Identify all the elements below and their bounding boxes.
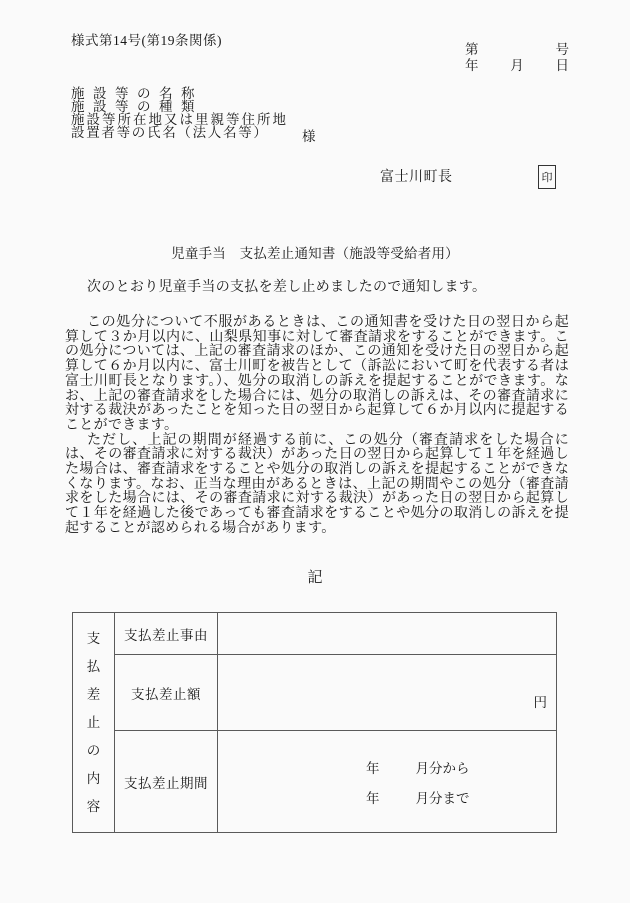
recipient-block: 施設等の名称 施設等の種類 施設等所在地又は里親等住所地 設置者等の氏名（法人名… <box>71 87 288 139</box>
doc-number-suffix: 号 <box>556 42 570 58</box>
doc-number-date-block: 第 号 年 月 日 <box>465 42 569 74</box>
table-vertical-header: 支払差止の内容 <box>73 613 114 832</box>
yen-unit-label: 円 <box>534 691 548 711</box>
ki-marker: 記 <box>0 566 630 587</box>
recipient-owner-name-label: 設置者等の氏名（法人名等） <box>71 126 288 139</box>
seal-box: 印 <box>538 165 556 189</box>
period-to-month-label: 月分まで <box>416 787 470 807</box>
form-number: 様式第14号(第19条関係) <box>71 29 222 49</box>
doc-number-line: 第 号 <box>465 42 569 58</box>
date-year-label: 年 <box>465 58 479 74</box>
date-line: 年 月 日 <box>465 58 569 74</box>
period-from-month-label: 月分から <box>416 757 470 777</box>
period-from-line: 年 月分から <box>366 752 470 782</box>
label-suspension-period: 支払差止期間 <box>114 730 217 832</box>
seal-mark: 印 <box>542 169 553 185</box>
document-page: 様式第14号(第19条関係) 第 号 年 月 日 施設等の名称 施設等の種類 施… <box>0 0 630 903</box>
document-title: 児童手当 支払差止通知書（施設等受給者用） <box>0 242 630 262</box>
period-to-year-label: 年 <box>366 787 380 807</box>
period-block: 年 月分から 年 月分まで <box>366 752 470 812</box>
date-month-label: 月 <box>510 58 524 74</box>
doc-number-prefix: 第 <box>465 42 479 58</box>
appeal-paragraph-2: ただし、上記の期間が経過する前に、この処分（審査請求をした場合には、その審査請求… <box>65 434 569 537</box>
field-suspension-period: 年 月分から 年 月分まで <box>217 730 556 832</box>
intro-sentence: 次のとおり児童手当の支払を差し止めましたので通知します。 <box>65 276 569 296</box>
period-from-year-label: 年 <box>366 757 380 777</box>
field-suspension-reason <box>217 613 556 654</box>
sender-mayor-name: 富士川町長 <box>380 166 453 186</box>
honorific-sama: 様 <box>302 125 316 145</box>
label-suspension-amount: 支払差止額 <box>114 654 217 730</box>
label-suspension-reason: 支払差止事由 <box>114 613 217 654</box>
appeal-paragraph-1: この処分について不服があるときは、この通知書を受けた日の翌日から起算して３か月以… <box>65 316 569 434</box>
field-suspension-amount: 円 <box>217 654 556 730</box>
suspension-details-table: 支払差止の内容 支払差止事由 支払差止額 円 支払差止期間 年 月分から 年 月… <box>72 612 557 833</box>
table-vertical-header-text: 支払差止の内容 <box>86 625 101 821</box>
date-day-label: 日 <box>556 58 570 74</box>
period-to-line: 年 月分まで <box>366 782 470 812</box>
appeal-notice-text: この処分について不服があるときは、この通知書を受けた日の翌日から起算して３か月以… <box>65 316 569 537</box>
